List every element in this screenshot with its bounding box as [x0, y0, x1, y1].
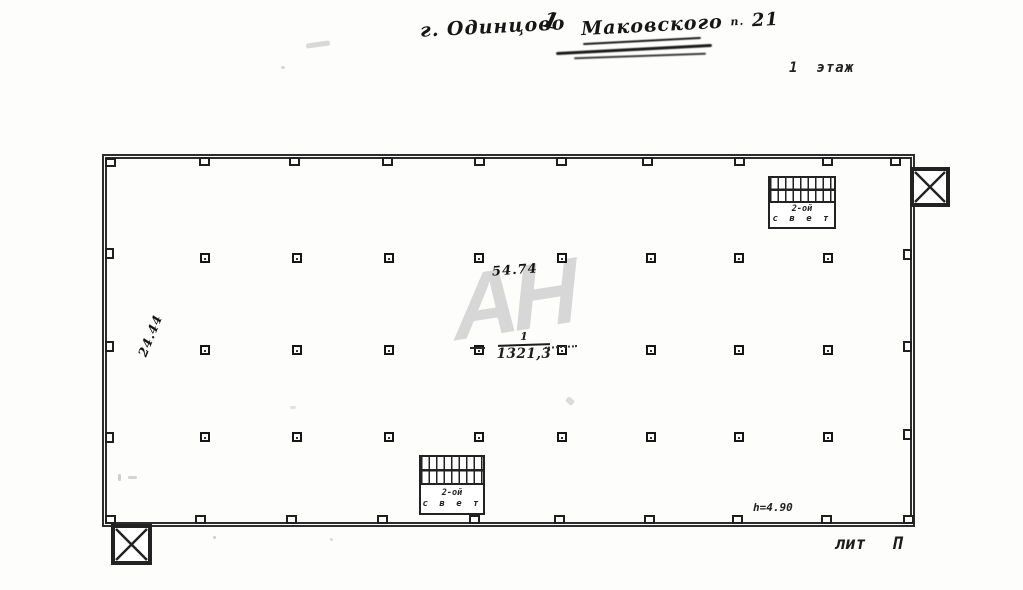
- column-marker: [200, 345, 210, 355]
- light-well-ordinal: 2-ой: [792, 204, 812, 215]
- light-well-word: с в е т: [773, 214, 832, 225]
- wall-pilaster: [734, 157, 745, 166]
- ceiling-height-note: h=4.90: [753, 501, 793, 514]
- wall-pilaster: [377, 515, 388, 524]
- dimension-dash: [470, 347, 485, 349]
- wall-corner-pilaster: [105, 158, 116, 167]
- column-marker: [734, 345, 744, 355]
- liter-word: лит: [835, 534, 866, 554]
- column-marker: [734, 253, 744, 263]
- column-marker: [292, 345, 302, 355]
- column-marker: [200, 253, 210, 263]
- street-name: Маковского: [581, 11, 724, 40]
- column-marker: [557, 253, 567, 263]
- floor-word: этаж: [816, 60, 854, 76]
- wall-pilaster: [642, 157, 653, 166]
- wall-pilaster: [195, 515, 206, 524]
- column-marker: [823, 253, 833, 263]
- light-well-bottom: 2-ой с в е т: [419, 455, 485, 515]
- wall-pilaster: [286, 515, 297, 524]
- wall-pilaster: [822, 157, 833, 166]
- wall-pilaster: [644, 515, 655, 524]
- light-well-word: с в е т: [423, 499, 482, 510]
- wall-pilaster: [554, 515, 565, 524]
- shaft-top-right: [910, 167, 950, 207]
- wall-pilaster: [105, 341, 114, 352]
- light-well-ordinal: 2-ой: [442, 488, 462, 499]
- cross-icon: [115, 528, 148, 561]
- column-marker: [646, 432, 656, 442]
- wall-pilaster: [821, 515, 832, 524]
- wall-pilaster: [903, 429, 912, 440]
- column-marker: [474, 253, 484, 263]
- wall-pilaster: [732, 515, 743, 524]
- scan-smudge: [281, 66, 285, 69]
- column-marker: [292, 432, 302, 442]
- street-label: Маковского п. 21: [581, 8, 780, 40]
- column-marker: [646, 345, 656, 355]
- column-marker: [200, 432, 210, 442]
- wall-pilaster: [903, 249, 912, 260]
- wall-pilaster: [105, 248, 114, 259]
- floor-plan-scan: АН г. Одинцово 1 Маковского п. 21 1этаж …: [0, 0, 1023, 590]
- scan-smudge: [330, 538, 333, 541]
- shaft-bottom-left: [111, 524, 152, 565]
- column-marker: [823, 345, 833, 355]
- width-dimension: 54.74: [492, 261, 539, 279]
- column-marker: [823, 432, 833, 442]
- wall-corner-pilaster: [105, 515, 116, 524]
- liter-label: литП: [835, 534, 902, 554]
- cross-icon: [914, 171, 946, 203]
- floor-label: 1этаж: [789, 60, 854, 76]
- column-marker: [384, 432, 394, 442]
- floor-number: 1: [789, 60, 798, 76]
- wall-pilaster: [903, 341, 912, 352]
- house-separator: п.: [730, 15, 744, 29]
- house-number: 21: [751, 9, 779, 31]
- column-marker: [474, 432, 484, 442]
- wall-pilaster: [556, 157, 567, 166]
- scan-smudge: [306, 40, 330, 48]
- stair-hatch: [770, 178, 834, 203]
- column-marker: [384, 345, 394, 355]
- stair-hatch: [421, 457, 483, 485]
- light-well-top: 2-ой с в е т: [768, 176, 836, 229]
- wall-pilaster: [382, 157, 393, 166]
- wall-pilaster: [469, 515, 480, 524]
- underline-scribble: [574, 53, 706, 60]
- column-marker: [384, 253, 394, 263]
- wall-pilaster: [474, 157, 485, 166]
- column-marker: [557, 432, 567, 442]
- wall-pilaster: [289, 157, 300, 166]
- wall-pilaster: [199, 157, 210, 166]
- wall-corner-tab: [890, 157, 901, 166]
- column-marker: [646, 253, 656, 263]
- liter-value: П: [892, 534, 902, 554]
- wall-pilaster: [105, 432, 114, 443]
- scan-smudge: [213, 536, 216, 539]
- column-marker: [734, 432, 744, 442]
- column-marker: [292, 253, 302, 263]
- room-number: 1: [486, 330, 562, 343]
- wall-corner-pilaster: [903, 515, 914, 524]
